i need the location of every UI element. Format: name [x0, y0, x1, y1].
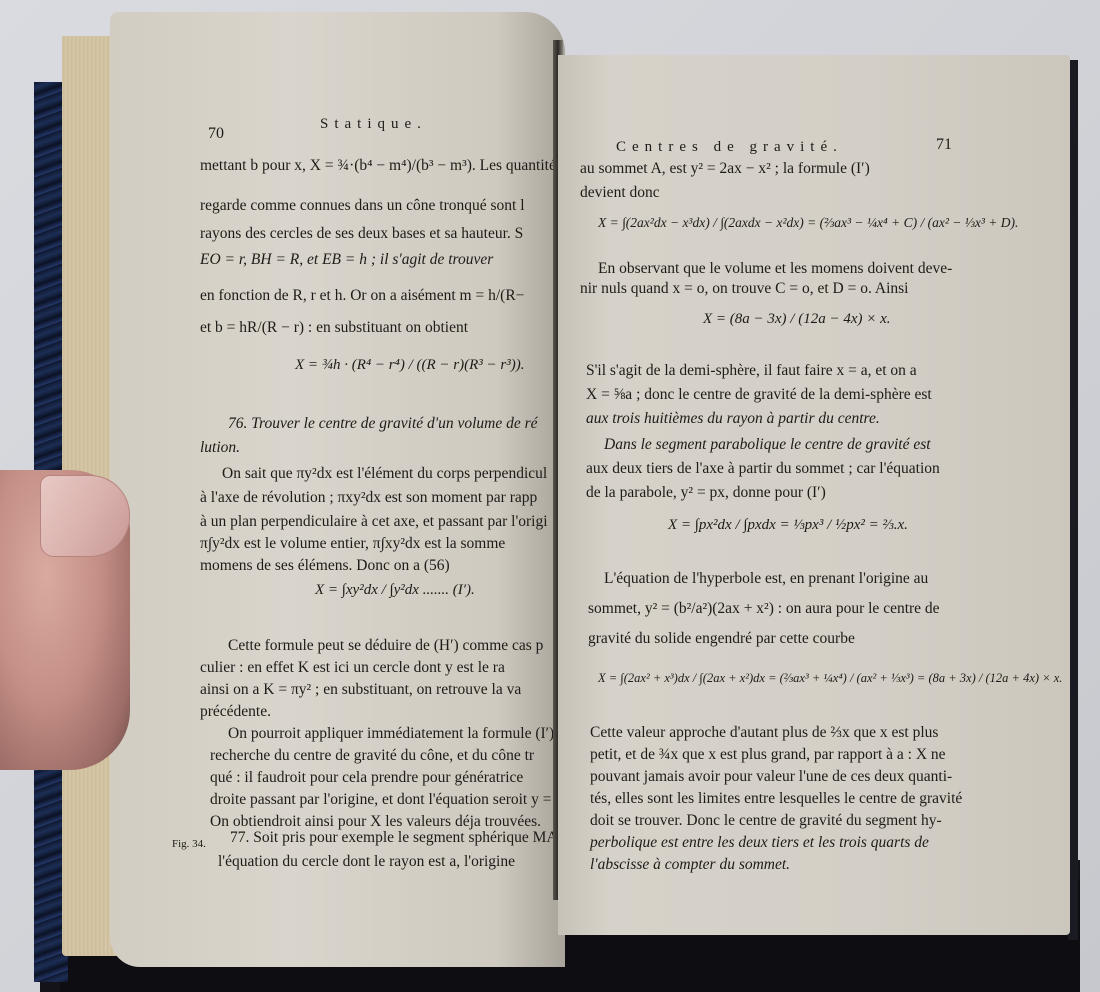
text-line: mettant b pour x, X = ¾·(b⁴ − m⁴)/(b³ − … [200, 152, 584, 180]
text-line: sommet, y² = (b²/a²)(2ax + x²) : on aura… [588, 595, 940, 623]
section-title: 76. Trouver le centre de gravité d'un vo… [228, 410, 538, 438]
text-line: regarde comme connues dans un cône tronq… [200, 192, 525, 220]
equation: X = ∫px²dx / ∫pxdx = ⅓px³ / ½px² = ⅔.x. [668, 517, 908, 534]
text-line: en fonction de R, r et h. Or on a aiséme… [200, 282, 524, 310]
book-photo-scene: 70 Statique. mettant b pour x, X = ¾·(b⁴… [0, 0, 1100, 992]
figure-reference: Fig. 34. [172, 830, 206, 858]
equation: X = ∫(2ax²dx − x³dx) / ∫(2axdx − x²dx) =… [598, 215, 1018, 231]
text-line: L'équation de l'hyperbole est, en prenan… [604, 565, 928, 593]
text-line: l'équation du cercle dont le rayon est a… [218, 848, 515, 876]
text-line: momens de ses élémens. Donc on a (56) [200, 552, 450, 580]
text-line: EO = r, BH = R, et EB = h ; il s'agit de… [200, 246, 493, 274]
text-line: aux trois huitièmes du rayon à partir du… [586, 405, 880, 433]
text-line: devient donc [580, 179, 660, 207]
right-page: Centres de gravité. 71 au sommet A, est … [558, 55, 1070, 935]
page-number: 70 [208, 120, 224, 148]
text-line: nir nuls quand x = o, on trouve C = o, e… [580, 275, 908, 303]
equation: X = ∫xy²dx / ∫y²dx ....... (I′). [315, 582, 475, 599]
equation: X = ¾h · (R⁴ − r⁴) / ((R − r)(R³ − r³)). [295, 357, 524, 374]
page-number: 71 [936, 131, 952, 159]
left-page: 70 Statique. mettant b pour x, X = ¾·(b⁴… [110, 12, 565, 967]
text-line: l'abscisse à compter du sommet. [590, 851, 790, 879]
equation: X = ∫(2ax² + x³)dx / ∫(2ax + x²)dx = (⅔a… [598, 671, 1062, 686]
text-line: de la parabole, y² = px, donne pour (I′) [586, 479, 826, 507]
text-line: rayons des cercles de ses deux bases et … [200, 220, 523, 248]
equation: X = (8a − 3x) / (12a − 4x) × x. [703, 311, 891, 328]
thumb-nail [40, 475, 130, 557]
section-title: lution. [200, 434, 240, 462]
text-line: gravité du solide engendré par cette cou… [588, 625, 855, 653]
text-line: et b = hR/(R − r) : en substituant on ob… [200, 314, 468, 342]
running-head: Statique. [320, 110, 427, 138]
